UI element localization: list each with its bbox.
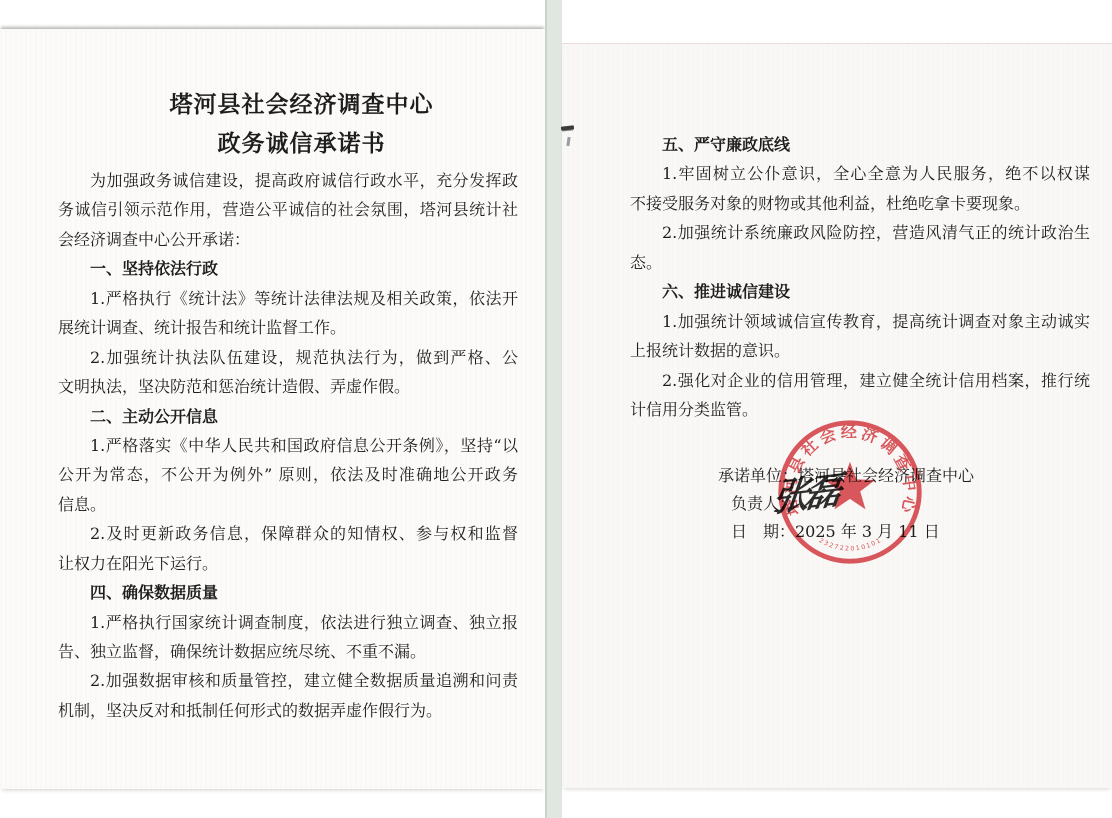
text-line: 2.加强数据审核和质量管控，建立健全数据质量追溯和问责 [58, 666, 518, 695]
text-line: 告、独立监督，确保统计数据应统尽统、不重不漏。 [58, 637, 518, 666]
scanned-document: { "colors": { "paper-left": "#fcfbf9", "… [0, 0, 1112, 818]
text-line: 1.严格落实《中华人民共和国政府信息公开条例》，坚持“以 [58, 431, 518, 460]
text-line: 让权力在阳光下运行。 [58, 549, 518, 578]
text-line: 一、坚持依法行政 [58, 254, 518, 283]
title-line-2: 政务诚信承诺书 [78, 125, 525, 164]
text-line: 1.严格执行国家统计调查制度，依法进行独立调查、独立报 [58, 608, 518, 637]
text-line: 2.加强统计系统廉政风险防控，营造风清气正的统计政治生 [630, 218, 1090, 247]
left-text-column: 为加强政务诚信建设，提高政府诚信行政水平，充分发挥政务诚信引领示范作用，营造公平… [58, 166, 518, 725]
text-line: 1.牢固树立公仆意识，全心全意为人民服务，绝不以权谋私， [630, 159, 1090, 188]
text-line: 1.加强统计领域诚信宣传教育，提高统计调查对象主动诚实 [630, 307, 1090, 336]
page-gap [545, 0, 562, 818]
page-right: 五、严守廉政底线1.牢固树立公仆意识，全心全意为人民服务，绝不以权谋私，不接受服… [562, 43, 1112, 788]
text-line: 2.及时更新政务信息，保障群众的知情权、参与权和监督权， [58, 519, 518, 548]
text-line: 六、推进诚信建设 [630, 277, 1090, 306]
text-line: 会经济调查中心公开承诺： [58, 225, 518, 254]
text-line: 文明执法，坚决防范和惩治统计造假、弄虚作假。 [58, 372, 518, 401]
text-line: 不接受服务对象的财物或其他利益，杜绝吃拿卡要现象。 [630, 189, 1090, 218]
text-line: 五、严守廉政底线 [630, 130, 1090, 159]
text-line: 2.加强统计执法队伍建设，规范执法行为，做到严格、公正、 [58, 343, 518, 372]
text-line: 展统计调查、统计报告和统计监督工作。 [58, 313, 518, 342]
seal-code: 232722010101 [818, 537, 884, 553]
handwritten-signature: 张磊 [770, 459, 840, 522]
text-line: 1.严格执行《统计法》等统计法律法规及相关政策，依法开 [58, 284, 518, 313]
document-title: 塔河县社会经济调查中心 政务诚信承诺书 [78, 29, 525, 164]
text-line: 机制，坚决反对和抵制任何形式的数据弄虚作假行为。 [58, 696, 518, 725]
text-line: 态。 [630, 248, 1090, 277]
text-line: 公开为常态，不公开为例外” 原则，依法及时准确地公开政务 [58, 460, 518, 489]
page-left: 塔河县社会经济调查中心 政务诚信承诺书 为加强政务诚信建设，提高政府诚信行政水平… [0, 29, 545, 789]
text-line: 2.强化对企业的信用管理，建立健全统计信用档案，推行统 [630, 366, 1090, 395]
text-line: 二、主动公开信息 [58, 402, 518, 431]
text-line: 为加强政务诚信建设，提高政府诚信行政水平，充分发挥政 [58, 166, 518, 195]
title-line-1: 塔河县社会经济调查中心 [78, 86, 525, 125]
text-line: 信息。 [58, 490, 518, 519]
text-line: 务诚信引领示范作用，营造公平诚信的社会氛围，塔河县统计社 [58, 195, 518, 224]
right-text-column: 五、严守廉政底线1.牢固树立公仆意识，全心全意为人民服务，绝不以权谋私，不接受服… [630, 46, 1090, 424]
svg-text:232722010101: 232722010101 [818, 537, 884, 553]
text-line: 四、确保数据质量 [58, 578, 518, 607]
text-line: 上报统计数据的意识。 [630, 336, 1090, 365]
